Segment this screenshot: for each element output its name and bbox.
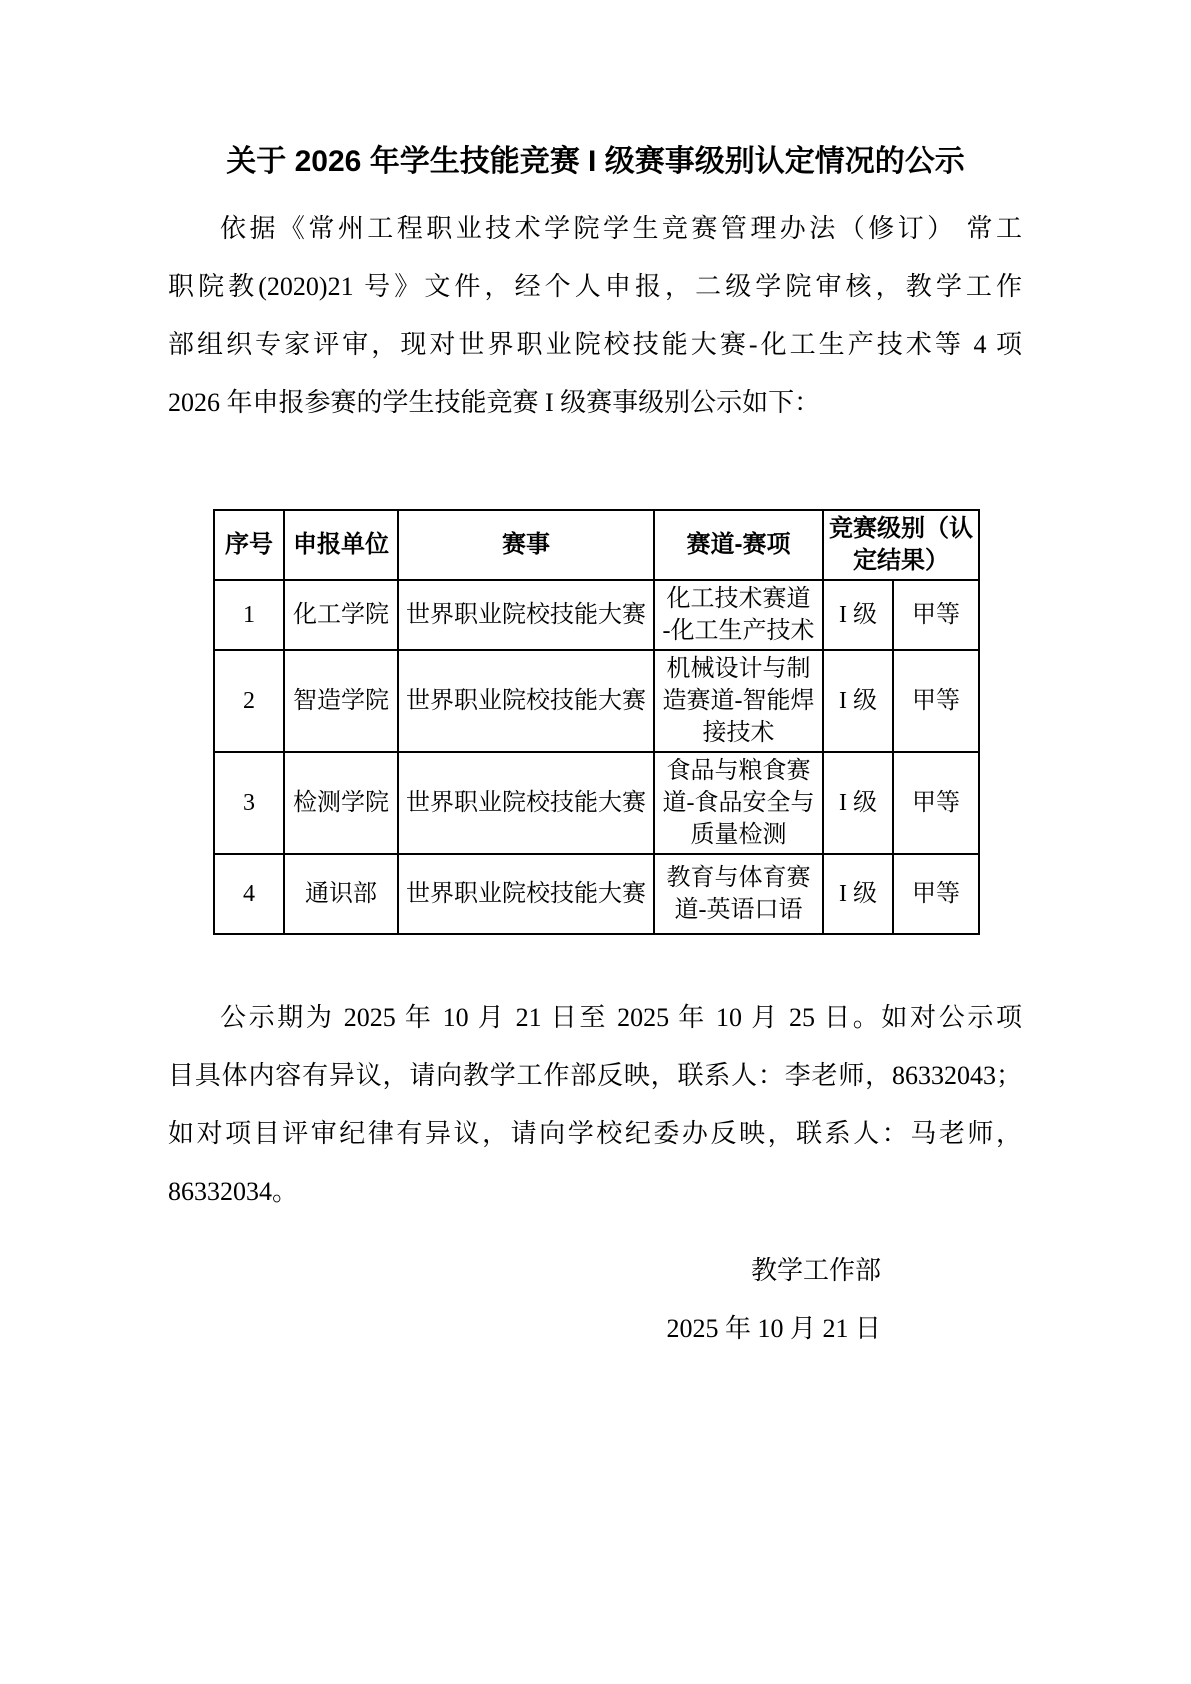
header-event: 赛事	[398, 510, 654, 580]
cell-unit: 化工学院	[284, 580, 398, 650]
cell-track: 化工技术赛道 -化工生产技术	[654, 580, 823, 650]
paragraph-line: 目具体内容有异议，请向教学工作部反映，联系人：李老师，86332043；	[168, 1047, 1022, 1105]
cell-grade: 甲等	[893, 650, 979, 752]
cell-level: I 级	[823, 752, 893, 854]
cell-level: I 级	[823, 854, 893, 934]
cell-level: I 级	[823, 580, 893, 650]
cell-no: 4	[214, 854, 284, 934]
table-row: 2智造学院世界职业院校技能大赛机械设计与制 造赛道-智能焊 接技术I 级甲等	[214, 650, 979, 752]
document-page: 关于 2026 年学生技能竞赛 I 级赛事级别认定情况的公示 依据《常州工程职业…	[0, 0, 1191, 1684]
cell-event: 世界职业院校技能大赛	[398, 854, 654, 934]
signature-date: 2025 年 10 月 21 日	[0, 1300, 881, 1358]
cell-level: I 级	[823, 650, 893, 752]
cell-track: 机械设计与制 造赛道-智能焊 接技术	[654, 650, 823, 752]
table-row: 4通识部世界职业院校技能大赛教育与体育赛 道-英语口语I 级甲等	[214, 854, 979, 934]
cell-event: 世界职业院校技能大赛	[398, 650, 654, 752]
header-level-result: 竞赛级别（认定结果）	[823, 510, 979, 580]
document-title: 关于 2026 年学生技能竞赛 I 级赛事级别认定情况的公示	[100, 140, 1091, 184]
cell-unit: 智造学院	[284, 650, 398, 752]
notice-table: 序号 申报单位 赛事 赛道-赛项 竞赛级别（认定结果） 1化工学院世界职业院校技…	[213, 509, 980, 935]
cell-no: 1	[214, 580, 284, 650]
table-header-row: 序号 申报单位 赛事 赛道-赛项 竞赛级别（认定结果）	[214, 510, 979, 580]
cell-grade: 甲等	[893, 752, 979, 854]
paragraph-line: 职院教(2020)21 号》文件，经个人申报，二级学院审核，教学工作	[168, 258, 1022, 316]
cell-track: 食品与粮食赛 道-食品安全与 质量检测	[654, 752, 823, 854]
cell-event: 世界职业院校技能大赛	[398, 580, 654, 650]
cell-no: 3	[214, 752, 284, 854]
signature-block: 教学工作部 2025 年 10 月 21 日	[0, 1242, 1191, 1358]
paragraph-line: 公示期为 2025 年 10 月 21 日至 2025 年 10 月 25 日。…	[168, 989, 1022, 1047]
paragraph-line: 2026 年申报参赛的学生技能竞赛 I 级赛事级别公示如下：	[168, 374, 1022, 432]
cell-event: 世界职业院校技能大赛	[398, 752, 654, 854]
header-unit: 申报单位	[284, 510, 398, 580]
paragraph-line: 部组织专家评审，现对世界职业院校技能大赛-化工生产技术等 4 项	[168, 316, 1022, 374]
paragraph-line: 86332034。	[168, 1163, 1022, 1221]
intro-paragraph: 依据《常州工程职业技术学院学生竞赛管理办法（修订） 常工职院教(2020)21 …	[168, 200, 1022, 432]
cell-unit: 检测学院	[284, 752, 398, 854]
cell-track: 教育与体育赛 道-英语口语	[654, 854, 823, 934]
header-no: 序号	[214, 510, 284, 580]
cell-grade: 甲等	[893, 854, 979, 934]
table-row: 3检测学院世界职业院校技能大赛食品与粮食赛 道-食品安全与 质量检测I 级甲等	[214, 752, 979, 854]
table-row: 1化工学院世界职业院校技能大赛化工技术赛道 -化工生产技术I 级甲等	[214, 580, 979, 650]
paragraph-line: 依据《常州工程职业技术学院学生竞赛管理办法（修订） 常工	[168, 200, 1022, 258]
table-body: 1化工学院世界职业院校技能大赛化工技术赛道 -化工生产技术I 级甲等2智造学院世…	[214, 580, 979, 934]
header-track: 赛道-赛项	[654, 510, 823, 580]
paragraph-line: 如对项目评审纪律有异议，请向学校纪委办反映，联系人：马老师，	[168, 1105, 1022, 1163]
signature-name: 教学工作部	[0, 1242, 881, 1300]
cell-unit: 通识部	[284, 854, 398, 934]
cell-no: 2	[214, 650, 284, 752]
cell-grade: 甲等	[893, 580, 979, 650]
closing-paragraph: 公示期为 2025 年 10 月 21 日至 2025 年 10 月 25 日。…	[168, 989, 1022, 1221]
